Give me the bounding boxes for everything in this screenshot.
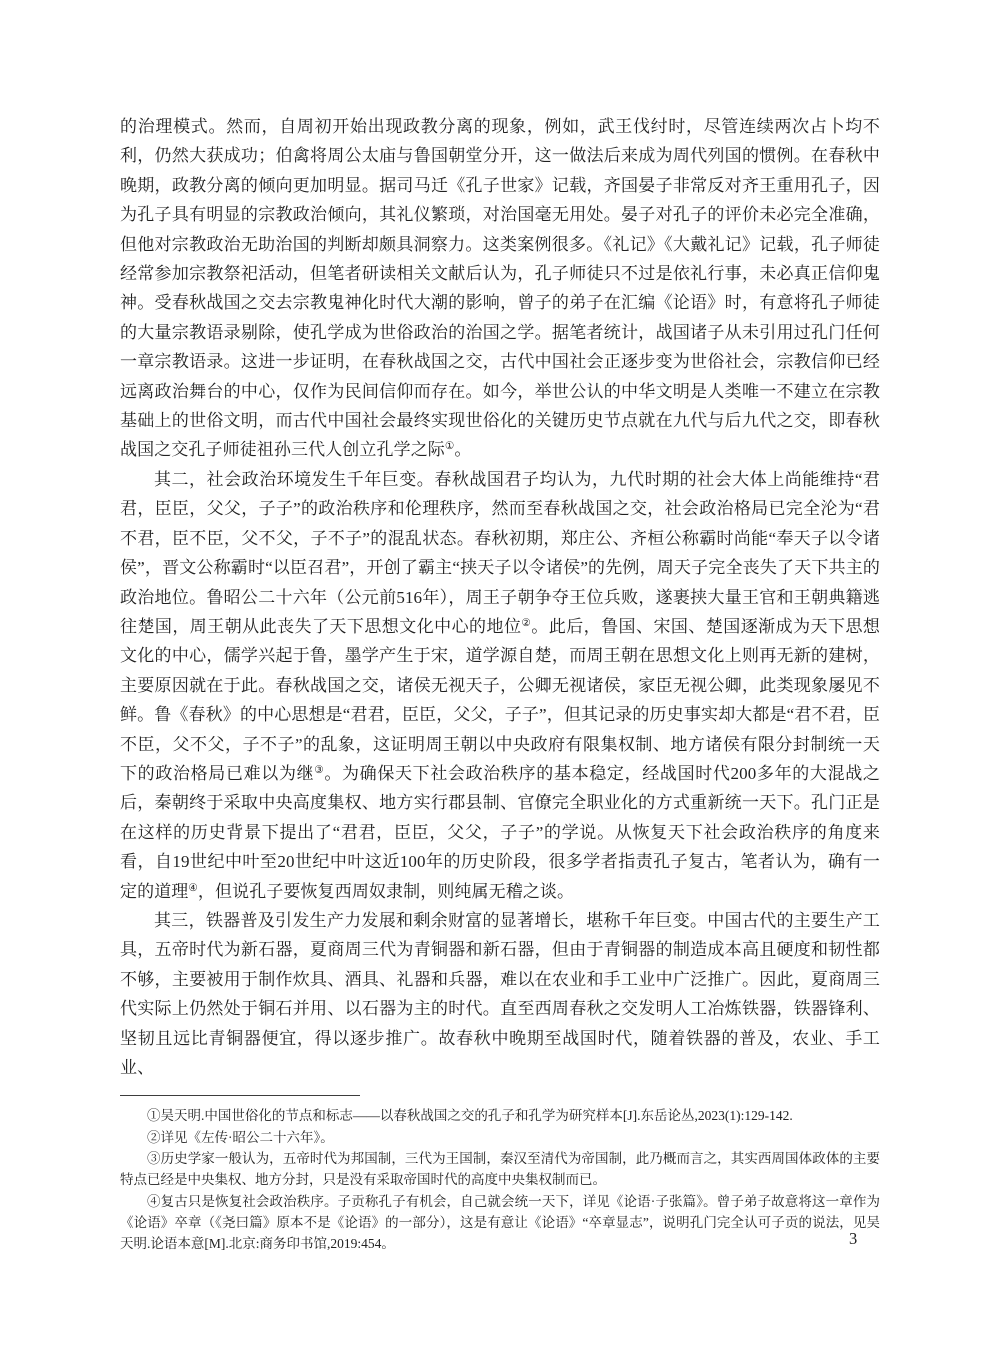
footnote-3: ③历史学家一般认为，五帝时代为邦国制，三代为王国制，秦汉至清代为帝国制，此乃概而…	[120, 1148, 880, 1191]
body-paragraph-3: 其三，铁器普及引发生产力发展和剩余财富的显著增长，堪称千年巨变。中国古代的主要生…	[120, 906, 880, 1082]
paragraph-text: 。此后，鲁国、宋国、楚国逐渐成为天下思想文化的中心，儒学兴起于鲁，墨学产生于宋，…	[120, 617, 880, 783]
page-number: 3	[849, 1229, 857, 1249]
paragraph-text: 。	[454, 440, 471, 459]
footnote-1: ①吴天明.中国世俗化的节点和标志——以春秋战国之交的孔子和孔学为研究样本[J].…	[120, 1105, 880, 1126]
body-paragraph-2: 其二，社会政治环境发生千年巨变。春秋战国君子均认为，九代时期的社会大体上尚能维持…	[120, 465, 880, 906]
text-content: 的治理模式。然而，自周初开始出现政教分离的现象，例如，武王伐纣时，尽管连续两次占…	[120, 112, 880, 1254]
footnote-ref-1: ①	[445, 441, 455, 452]
footnote-ref-3: ③	[314, 765, 324, 776]
paragraph-text: 其二，社会政治环境发生千年巨变。春秋战国君子均认为，九代时期的社会大体上尚能维持…	[120, 470, 880, 636]
footnote-4: ④复古只是恢复社会政治秩序。子贡称孔子有机会，自己就会统一天下，详见《论语·子张…	[120, 1191, 880, 1255]
paragraph-text: 。为确保天下社会政治秩序的基本稳定，经战国时代200多年的大混战之后，秦朝终于采…	[120, 764, 880, 901]
footnotes-section: ①吴天明.中国世俗化的节点和标志——以春秋战国之交的孔子和孔学为研究样本[J].…	[120, 1105, 880, 1254]
document-page: 的治理模式。然而，自周初开始出现政教分离的现象，例如，武王伐纣时，尽管连续两次占…	[0, 0, 1000, 1347]
footnote-separator	[120, 1095, 360, 1096]
body-paragraph-1: 的治理模式。然而，自周初开始出现政教分离的现象，例如，武王伐纣时，尽管连续两次占…	[120, 112, 880, 465]
footnote-ref-2: ②	[521, 618, 531, 629]
footnote-ref-4: ④	[188, 883, 198, 894]
paragraph-text: 的治理模式。然而，自周初开始出现政教分离的现象，例如，武王伐纣时，尽管连续两次占…	[120, 117, 880, 459]
paragraph-text: 其三，铁器普及引发生产力发展和剩余财富的显著增长，堪称千年巨变。中国古代的主要生…	[120, 911, 880, 1077]
footnote-2: ②详见《左传·昭公二十六年》。	[120, 1127, 880, 1148]
paragraph-text: ，但说孔子要恢复西周奴隶制，则纯属无稽之谈。	[198, 882, 574, 901]
